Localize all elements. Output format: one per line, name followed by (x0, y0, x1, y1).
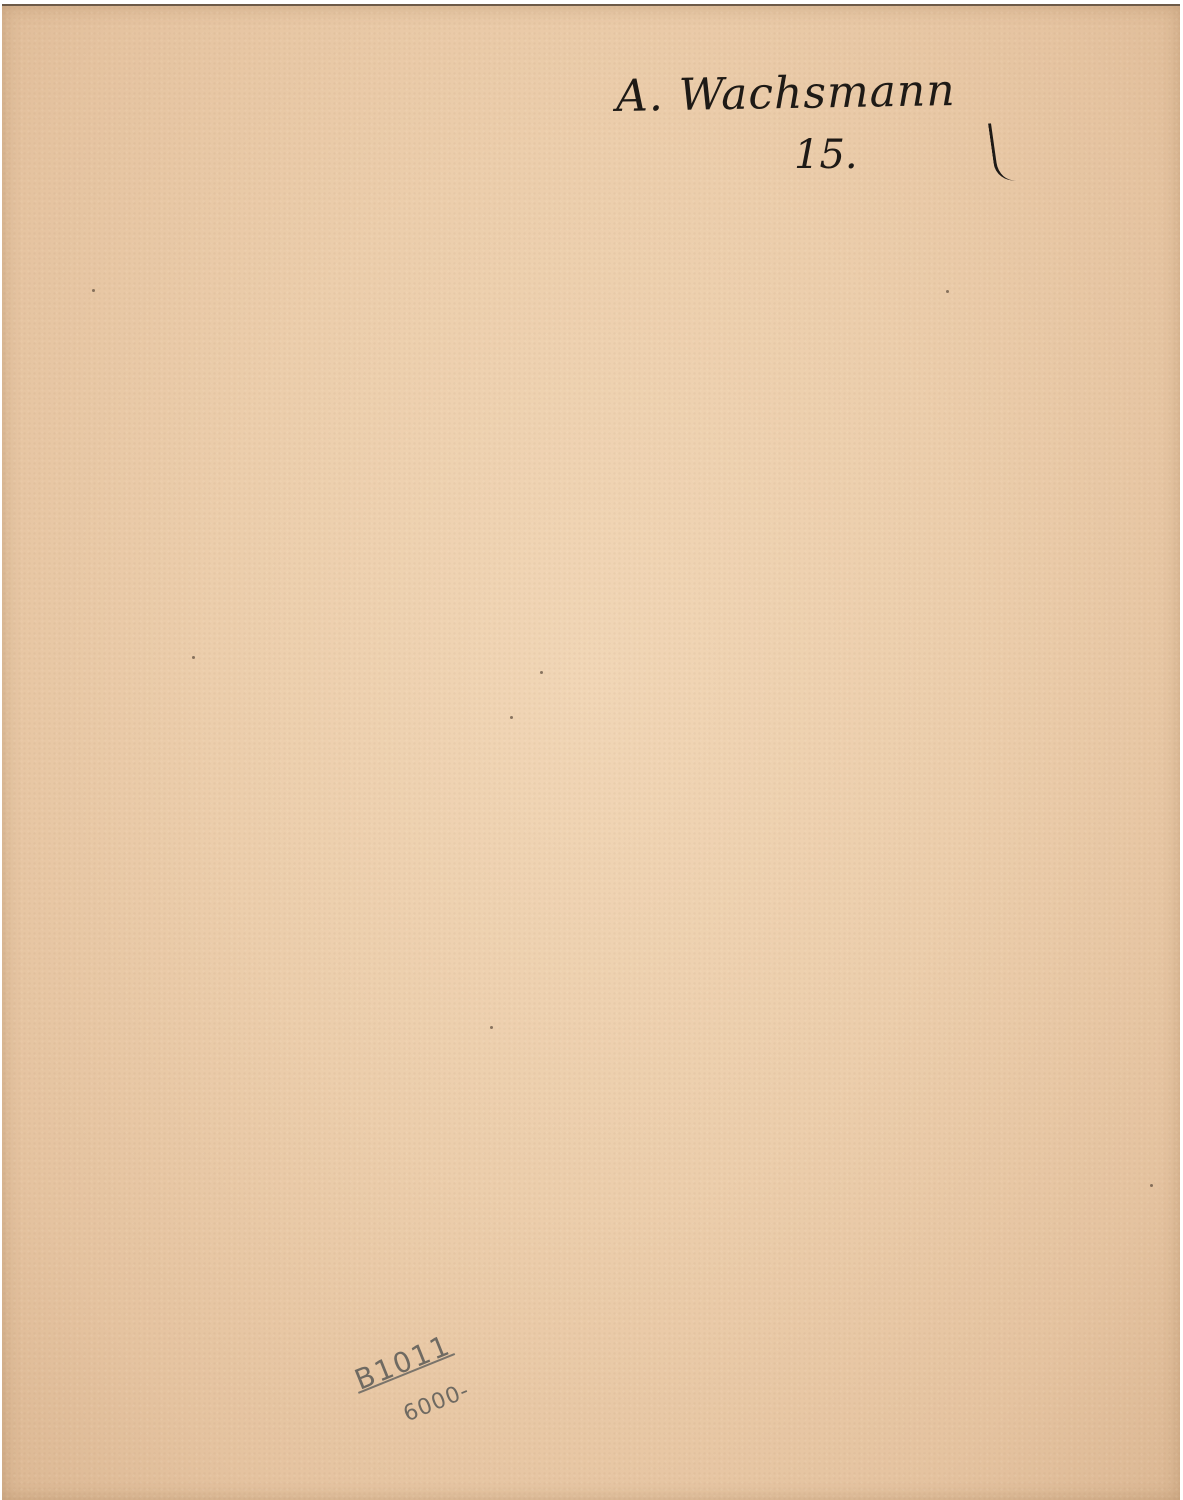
paper-speck (490, 1026, 493, 1029)
paper-sheet: A. Wachsmann 15. B1011 6000- (2, 4, 1180, 1500)
paper-speck (946, 290, 949, 293)
handwritten-number: 15. (794, 132, 858, 178)
handwritten-name: A. Wachsmann (616, 65, 956, 122)
paper-speck (540, 671, 543, 674)
paper-speck (1150, 1184, 1153, 1187)
paper-speck (510, 716, 513, 719)
paper-speck (92, 289, 95, 292)
paper-speck (192, 656, 195, 659)
paper-texture (2, 6, 1180, 1500)
